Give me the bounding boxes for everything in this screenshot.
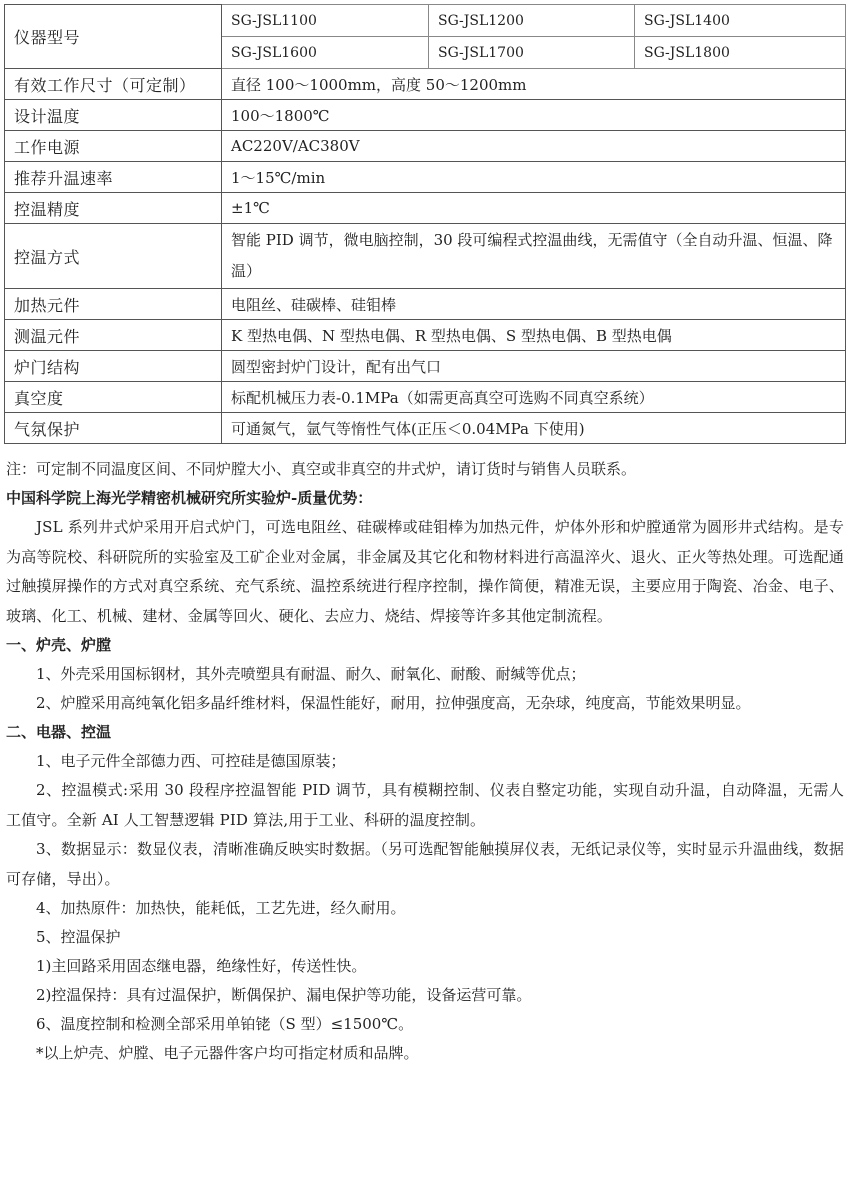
- row-label: 设计温度: [5, 100, 222, 131]
- advantage-heading: 中国科学院上海光学精密机械研究所实验炉-质量优势：: [6, 484, 844, 513]
- row-label: 炉门结构: [5, 351, 222, 382]
- model-cell: SG-JSL1400: [635, 5, 846, 37]
- row-label: 真空度: [5, 382, 222, 413]
- row-label: 控温方式: [5, 224, 222, 289]
- row-value: 直径 100～1000mm，高度 50～1200mm: [222, 69, 846, 100]
- row-value: 圆型密封炉门设计，配有出气口: [222, 351, 846, 382]
- row-value: 1～15℃/min: [222, 162, 846, 193]
- row-label: 控温精度: [5, 193, 222, 224]
- row-label: 工作电源: [5, 131, 222, 162]
- table-row: 控温方式 智能 PID 调节，微电脑控制，30 段可编程式控温曲线，无需值守（全…: [5, 224, 846, 289]
- row-label: 气氛保护: [5, 413, 222, 444]
- order-note: 注：可定制不同温度区间、不同炉膛大小、真空或非真空的井式炉，请订货时与销售人员联…: [6, 455, 844, 484]
- model-cell: SG-JSL1800: [635, 37, 846, 69]
- model-cell: SG-JSL1200: [429, 5, 635, 37]
- row-value: 标配机械压力表-0.1MPa（如需更高真空可选购不同真空系统）: [222, 382, 846, 413]
- list-item: 2)控温保持：具有过温保护，断偶保护、漏电保护等功能，设备运营可靠。: [6, 981, 844, 1010]
- row-value: 智能 PID 调节，微电脑控制，30 段可编程式控温曲线，无需值守（全自动升温、…: [222, 224, 846, 289]
- footnote: *以上炉壳、炉膛、电子元器件客户均可指定材质和品牌。: [6, 1039, 844, 1068]
- table-row: 控温精度 ±1℃: [5, 193, 846, 224]
- table-row: 推荐升温速率 1～15℃/min: [5, 162, 846, 193]
- list-item: 1)主回路采用固态继电器，绝缘性好，传送性快。: [6, 952, 844, 981]
- row-label: 推荐升温速率: [5, 162, 222, 193]
- table-row: 炉门结构 圆型密封炉门设计，配有出气口: [5, 351, 846, 382]
- list-item: 5、控温保护: [6, 923, 844, 952]
- row-label: 有效工作尺寸（可定制）: [5, 69, 222, 100]
- list-item: 1、外壳采用国标钢材，其外壳喷塑具有耐温、耐久、耐氧化、耐酸、耐缄等优点；: [6, 660, 844, 689]
- spec-table: 仪器型号 SG-JSL1100 SG-JSL1200 SG-JSL1400 SG…: [4, 4, 846, 444]
- model-cell: SG-JSL1600: [222, 37, 429, 69]
- document-body: 注：可定制不同温度区间、不同炉膛大小、真空或非真空的井式炉，请订货时与销售人员联…: [6, 455, 844, 1068]
- model-label: 仪器型号: [5, 5, 222, 69]
- table-row: 加热元件 电阻丝、硅碳棒、硅钼棒: [5, 289, 846, 320]
- list-item: 1、电子元件全部德力西、可控硅是德国原装；: [6, 747, 844, 776]
- section-heading-shell: 一、炉壳、炉膛: [6, 631, 844, 660]
- list-item: 2、炉膛采用高纯氧化铝多晶纤维材料，保温性能好，耐用，拉伸强度高，无杂球，纯度高…: [6, 689, 844, 718]
- table-row: 工作电源 AC220V/AC380V: [5, 131, 846, 162]
- row-value: 电阻丝、硅碳棒、硅钼棒: [222, 289, 846, 320]
- list-item: 2、控温模式:采用 30 段程序控温智能 PID 调节，具有模糊控制、仪表自整定…: [6, 776, 844, 835]
- table-row: 真空度 标配机械压力表-0.1MPa（如需更高真空可选购不同真空系统）: [5, 382, 846, 413]
- intro-paragraph: JSL 系列井式炉采用开启式炉门，可选电阻丝、硅碳棒或硅钼棒为加热元件，炉体外形…: [6, 513, 844, 631]
- row-value: K 型热电偶、N 型热电偶、R 型热电偶、S 型热电偶、B 型热电偶: [222, 320, 846, 351]
- model-cell: SG-JSL1700: [429, 37, 635, 69]
- row-value: 100～1800℃: [222, 100, 846, 131]
- row-label: 测温元件: [5, 320, 222, 351]
- table-row-model-1: 仪器型号 SG-JSL1100 SG-JSL1200 SG-JSL1400: [5, 5, 846, 37]
- table-row: 气氛保护 可通氮气，氩气等惰性气体(正压＜0.04MPa 下使用): [5, 413, 846, 444]
- model-cell: SG-JSL1100: [222, 5, 429, 37]
- table-row: 有效工作尺寸（可定制） 直径 100～1000mm，高度 50～1200mm: [5, 69, 846, 100]
- list-item: 6、温度控制和检测全部采用单铂铑（S 型）≤1500℃。: [6, 1010, 844, 1039]
- table-row: 测温元件 K 型热电偶、N 型热电偶、R 型热电偶、S 型热电偶、B 型热电偶: [5, 320, 846, 351]
- row-value: ±1℃: [222, 193, 846, 224]
- list-item: 4、加热原件：加热快，能耗低，工艺先进，经久耐用。: [6, 894, 844, 923]
- row-value: 可通氮气，氩气等惰性气体(正压＜0.04MPa 下使用): [222, 413, 846, 444]
- row-label: 加热元件: [5, 289, 222, 320]
- row-value: AC220V/AC380V: [222, 131, 846, 162]
- list-item: 3、数据显示：数显仪表，清晰准确反映实时数据。（另可选配智能触摸屏仪表，无纸记录…: [6, 835, 844, 894]
- section-heading-electrical: 二、电器、控温: [6, 718, 844, 747]
- table-row: 设计温度 100～1800℃: [5, 100, 846, 131]
